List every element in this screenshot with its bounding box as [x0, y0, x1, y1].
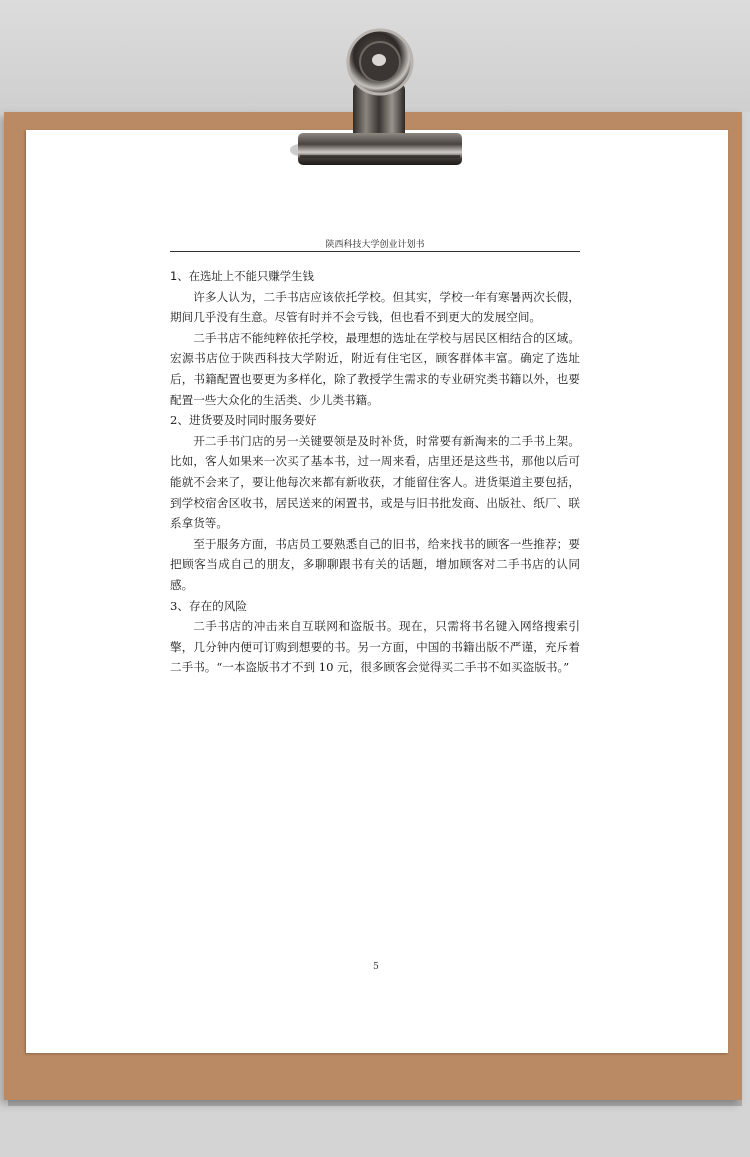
page-number: 5: [366, 962, 386, 972]
paragraph: 许多人认为，二手书店应该依托学校。但其实，学校一年有寒暑两次长假，期间几乎没有生…: [170, 287, 580, 328]
section-heading-1: 1、在选址上不能只赚学生钱: [170, 266, 580, 287]
running-header: 陕西科技大学创业计划书: [170, 237, 580, 250]
clipboard-shadow: [8, 1100, 742, 1106]
document-body: 1、在选址上不能只赚学生钱 许多人认为，二手书店应该依托学校。但其实，学校一年有…: [170, 266, 580, 678]
paragraph: 至于服务方面，书店员工要熟悉自己的旧书，给来找书的顾客一些推荐；要把顾客当成自己…: [170, 534, 580, 596]
section-heading-3: 3、存在的风险: [170, 596, 580, 617]
paragraph: 二手书店的冲击来自互联网和盗版书。现在，只需将书名键入网络搜索引擎，几分钟内便可…: [170, 616, 580, 678]
paragraph: 二手书店不能纯粹依托学校，最理想的选址在学校与居民区相结合的区域。宏源书店位于陕…: [170, 328, 580, 410]
header-rule: [170, 251, 580, 252]
section-heading-2: 2、进货要及时同时服务要好: [170, 410, 580, 431]
paragraph: 开二手书门店的另一关键要领是及时补货，时常要有新淘来的二手书上架。比如，客人如果…: [170, 431, 580, 534]
backdrop: [0, 0, 750, 112]
document-page: 陕西科技大学创业计划书 1、在选址上不能只赚学生钱 许多人认为，二手书店应该依托…: [26, 130, 728, 1053]
